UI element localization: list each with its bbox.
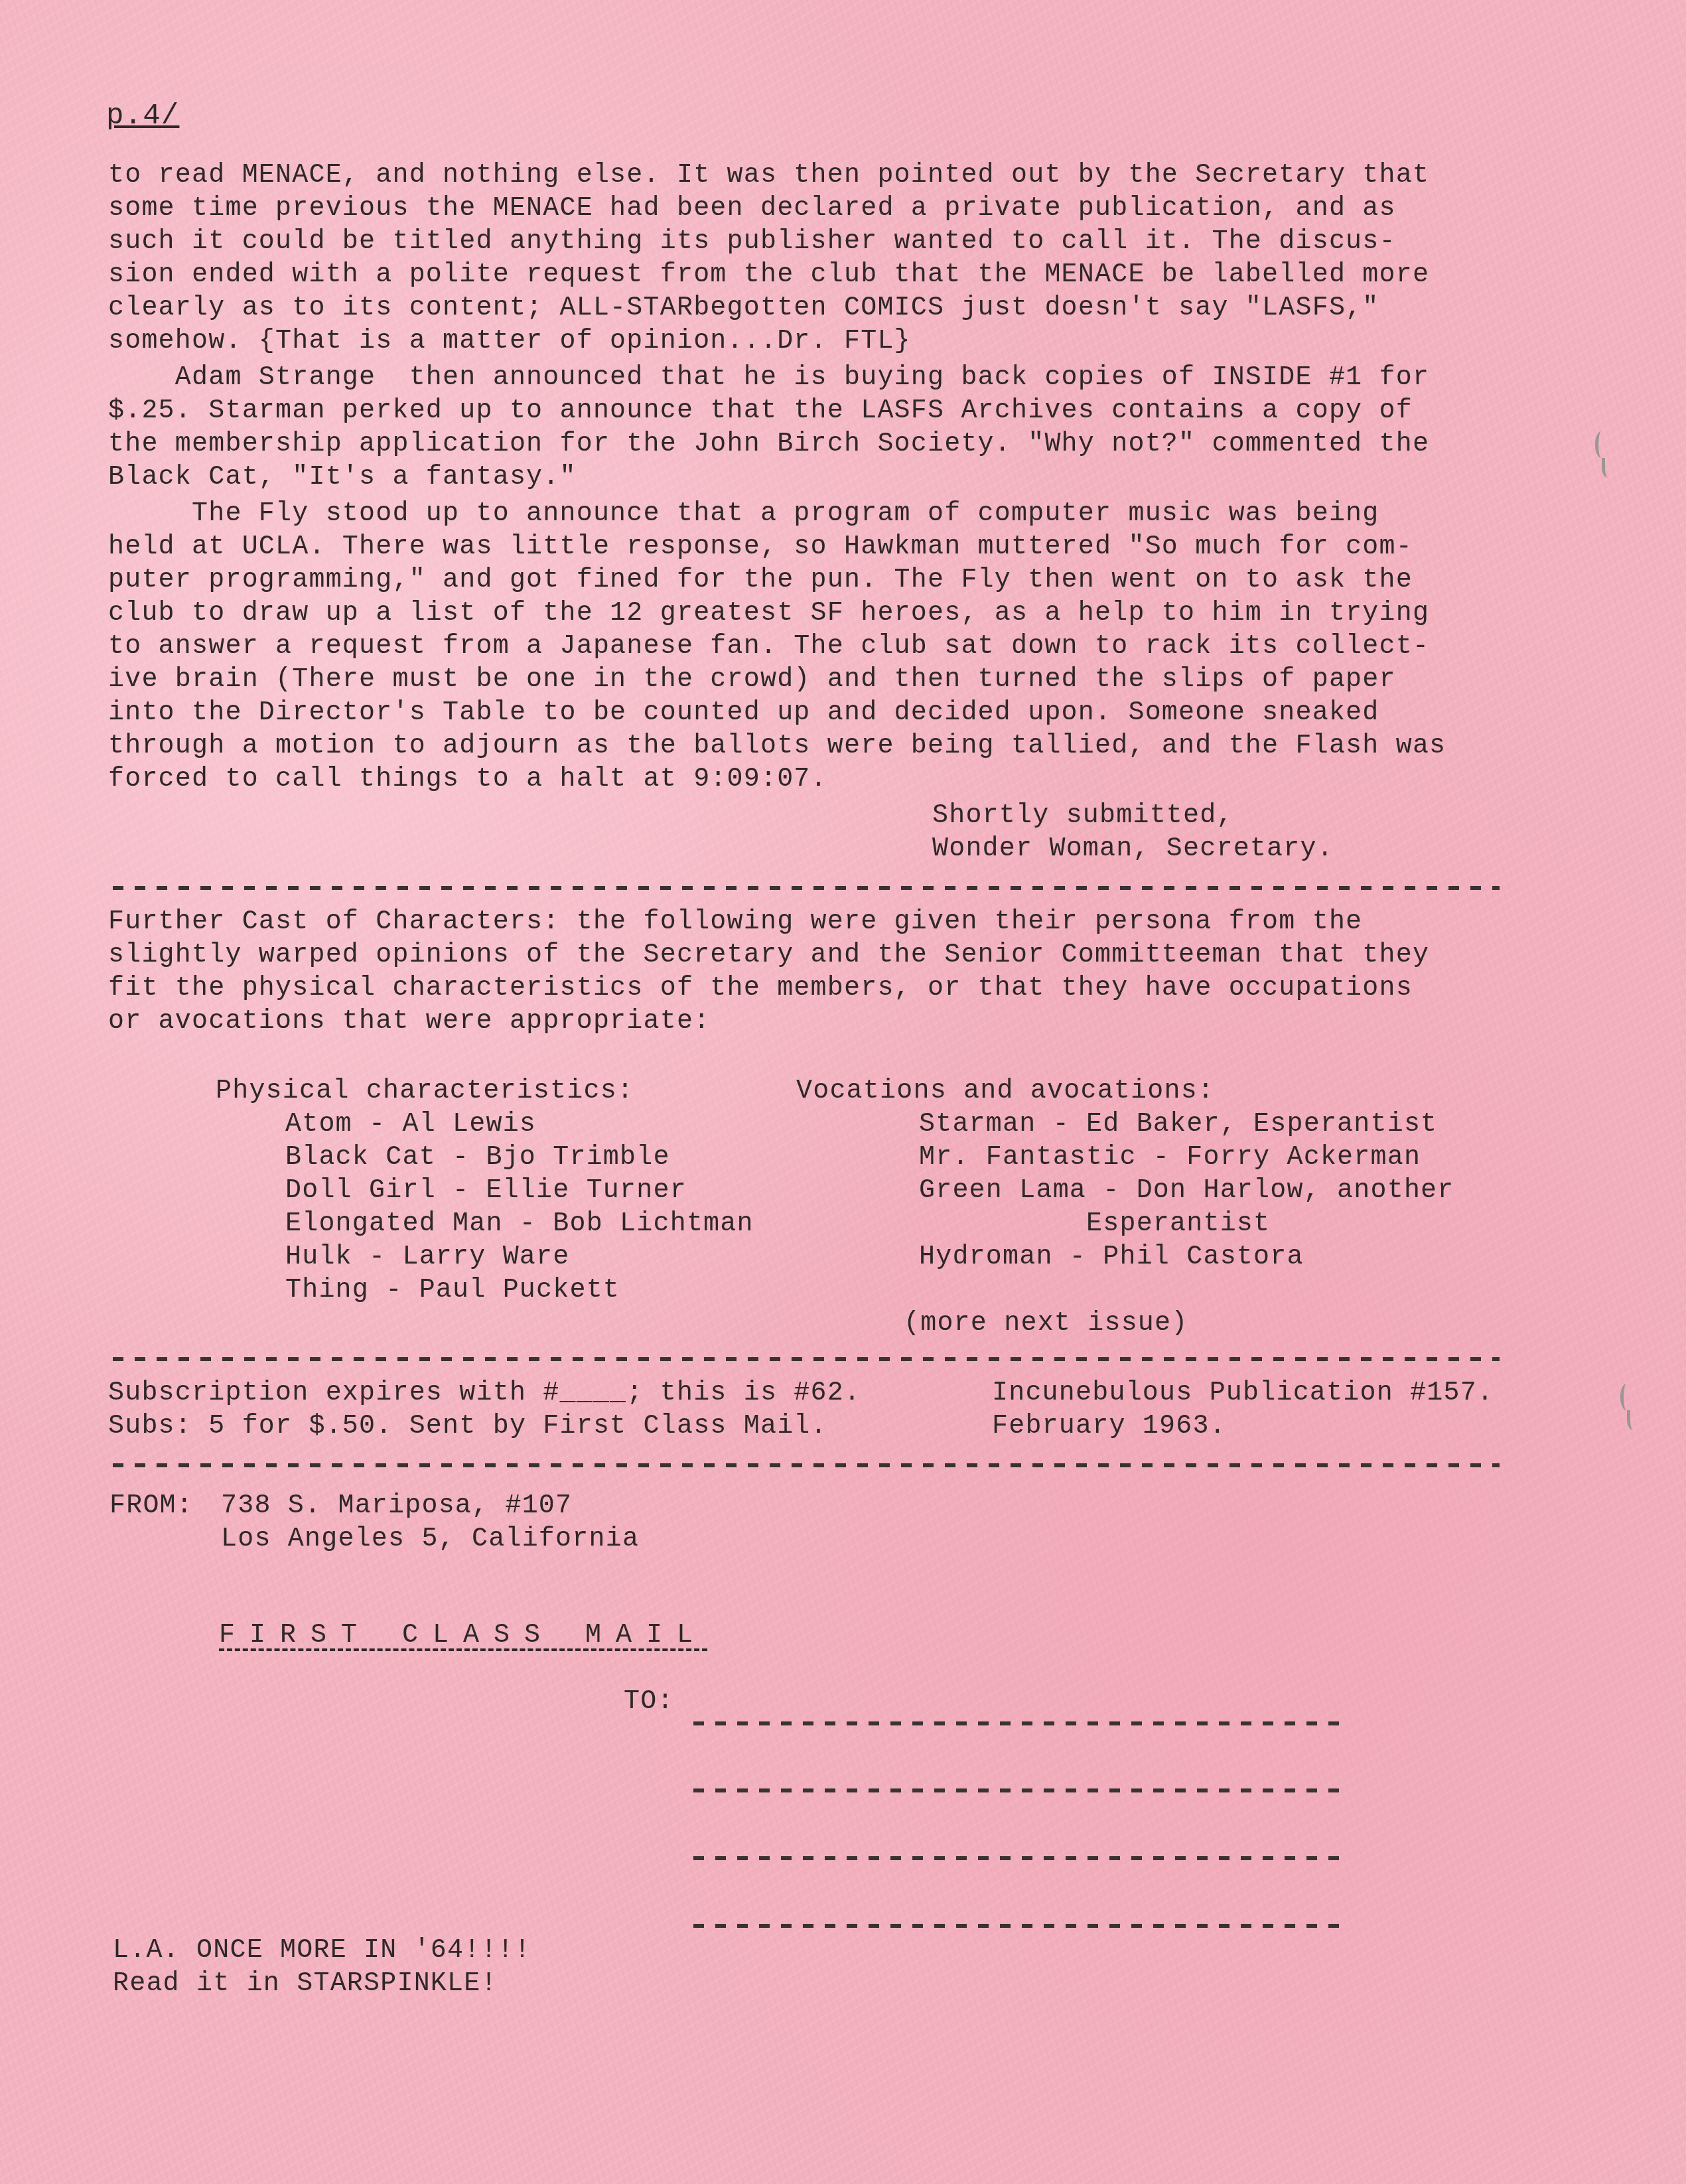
staple-icon — [1602, 458, 1614, 478]
vocations-item: Green Lama - Don Harlow, another — [919, 1175, 1454, 1208]
more-next-issue: (more next issue) — [904, 1307, 1188, 1341]
physical-item: Black Cat - Bjo Trimble — [285, 1141, 670, 1175]
signoff-signature: Wonder Woman, Secretary. — [932, 833, 1334, 866]
vocations-item: Mr. Fantastic - Forry Ackerman — [919, 1141, 1421, 1175]
dashed-divider — [113, 1357, 1500, 1361]
vocations-item: Starman - Ed Baker, Esperantist — [919, 1108, 1437, 1141]
from-address-line: 738 S. Mariposa, #107 — [221, 1490, 572, 1523]
vocations-heading: Vocations and avocations: — [796, 1075, 1214, 1108]
minutes-line: somehow. {That is a matter of opinion...… — [108, 325, 911, 358]
publication-date: February 1963. — [992, 1410, 1226, 1443]
physical-item: Hulk - Larry Ware — [285, 1241, 569, 1274]
minutes-line: through a motion to adjourn as the ballo… — [108, 730, 1446, 763]
to-label: TO: — [624, 1686, 674, 1719]
staple-icon — [1595, 431, 1608, 458]
first-class-mail-heading: FIRST CLASS MAIL — [219, 1619, 707, 1652]
minutes-line: sion ended with a polite request from th… — [108, 259, 1429, 292]
minutes-line: Adam Strange then announced that he is b… — [108, 362, 1429, 395]
physical-item: Atom - Al Lewis — [285, 1108, 536, 1141]
dashed-divider — [113, 1463, 1500, 1467]
cast-intro-line: Further Cast of Characters: the followin… — [108, 906, 1362, 939]
address-line-blank — [693, 1721, 1350, 1725]
cast-intro-line: slightly warped opinions of the Secretar… — [108, 939, 1429, 972]
from-address-line: Los Angeles 5, California — [221, 1523, 639, 1556]
minutes-line: the membership application for the John … — [108, 428, 1429, 461]
minutes-line: such it could be titled anything its pub… — [108, 226, 1396, 259]
physical-heading: Physical characteristics: — [216, 1075, 634, 1108]
vocations-item: Esperantist — [919, 1208, 1270, 1241]
plug-line: L.A. ONCE MORE IN '64!!!! — [113, 1934, 531, 1968]
minutes-line: to answer a request from a Japanese fan.… — [108, 630, 1429, 664]
dashed-divider — [113, 886, 1500, 890]
subscription-rate: Subs: 5 for $.50. Sent by First Class Ma… — [108, 1410, 827, 1443]
cast-intro-line: or avocations that were appropriate: — [108, 1005, 710, 1039]
address-line-blank — [693, 1856, 1350, 1860]
minutes-line: some time previous the MENACE had been d… — [108, 192, 1396, 226]
minutes-line: ive brain (There must be one in the crow… — [108, 664, 1396, 697]
minutes-line: Black Cat, "It's a fantasy." — [108, 461, 577, 494]
minutes-line: held at UCLA. There was little response,… — [108, 531, 1413, 564]
from-label: FROM: — [109, 1490, 193, 1523]
minutes-line: $.25. Starman perked up to announce that… — [108, 395, 1413, 428]
vocations-item: Hydroman - Phil Castora — [919, 1241, 1304, 1274]
page-number: p.4/ — [106, 100, 179, 133]
publication-number: Incunebulous Publication #157. — [992, 1377, 1494, 1410]
physical-item: Thing - Paul Puckett — [285, 1274, 620, 1307]
minutes-line: The Fly stood up to announce that a prog… — [108, 498, 1379, 531]
subscription-expiry: Subscription expires with #____; this is… — [108, 1377, 861, 1410]
minutes-line: puter programming," and got fined for th… — [108, 564, 1413, 597]
address-line-blank — [693, 1924, 1350, 1928]
fanzine-page: p.4/ to read MENACE, and nothing else. I… — [0, 0, 1686, 2184]
minutes-line: into the Director's Table to be counted … — [108, 697, 1379, 730]
signoff-line: Shortly submitted, — [932, 800, 1233, 833]
plug-line: Read it in STARSPINKLE! — [113, 1968, 498, 2001]
minutes-line: clearly as to its content; ALL-STARbegot… — [108, 292, 1379, 325]
minutes-line: club to draw up a list of the 12 greates… — [108, 597, 1429, 630]
minutes-line: forced to call things to a halt at 9:09:… — [108, 763, 827, 796]
cast-intro-line: fit the physical characteristics of the … — [108, 972, 1413, 1005]
physical-item: Doll Girl - Ellie Turner — [285, 1175, 687, 1208]
staple-icon — [1627, 1410, 1640, 1430]
physical-item: Elongated Man - Bob Lichtman — [285, 1208, 754, 1241]
staple-icon — [1620, 1384, 1633, 1410]
minutes-line: to read MENACE, and nothing else. It was… — [108, 159, 1429, 192]
address-line-blank — [693, 1788, 1350, 1792]
